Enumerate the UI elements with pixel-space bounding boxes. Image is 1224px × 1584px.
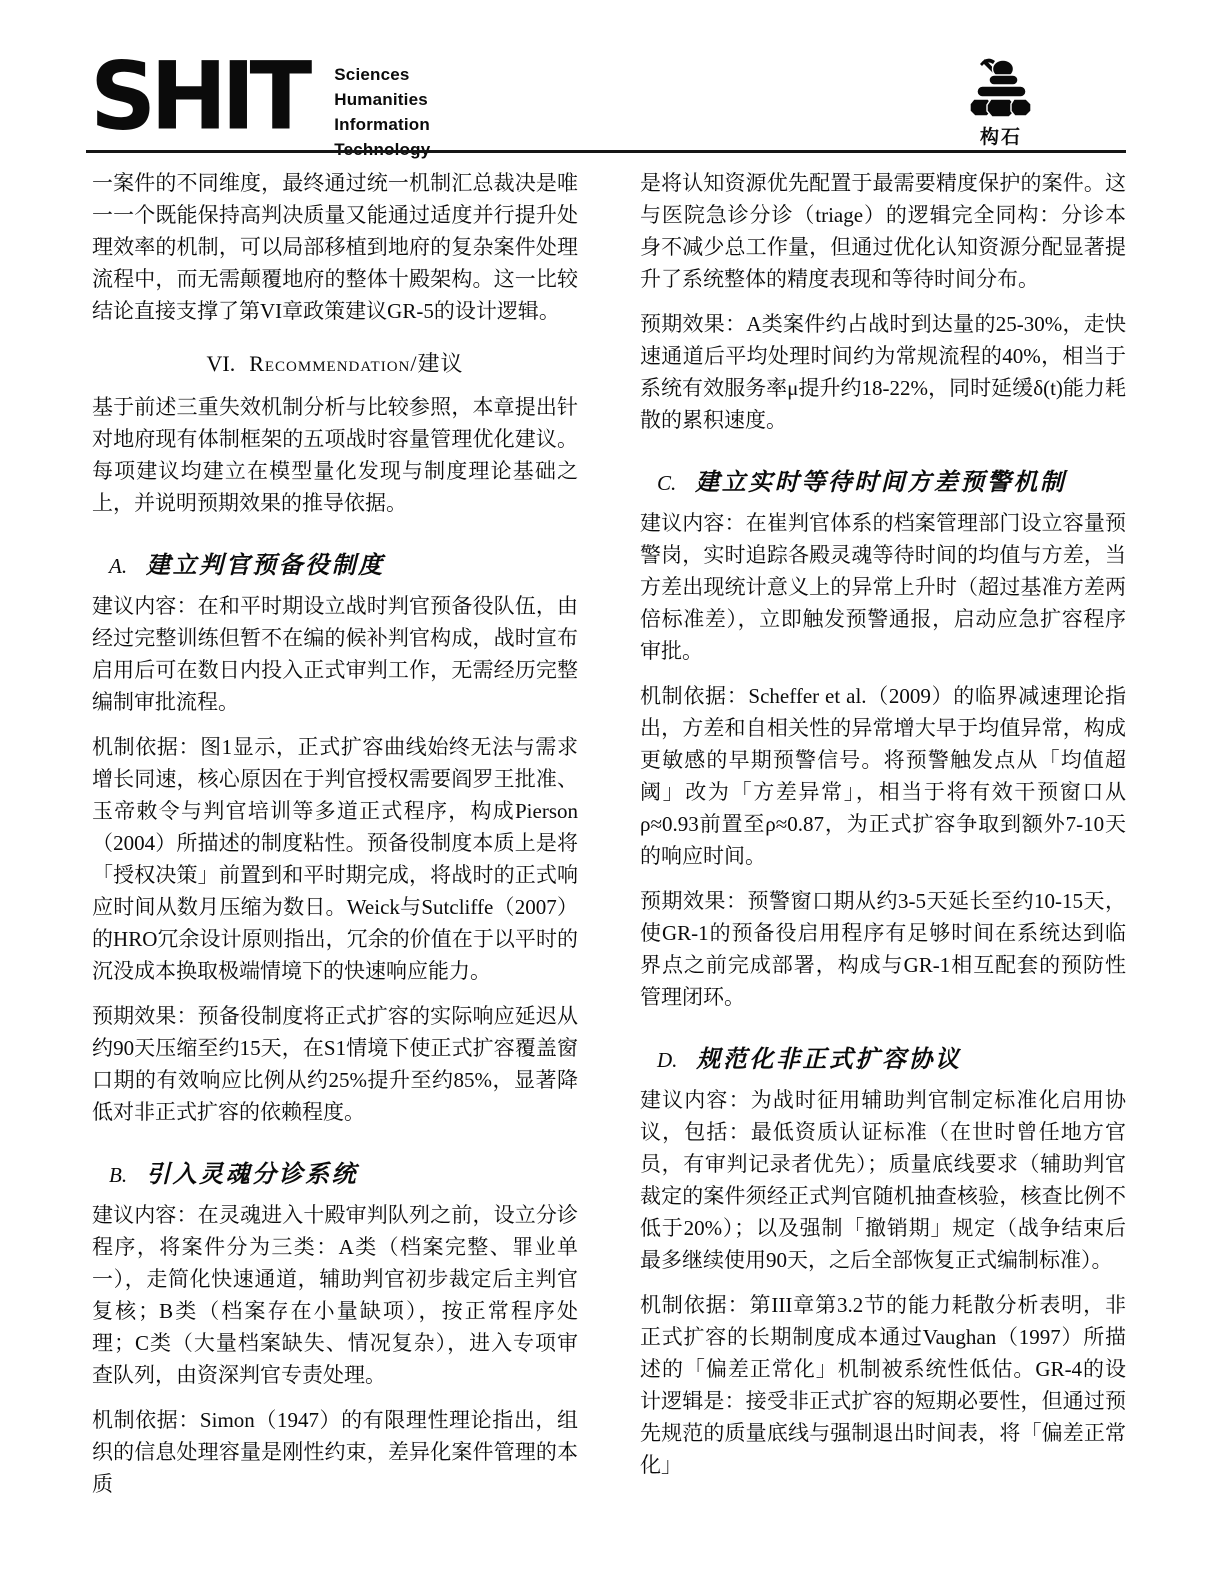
subsection-d-title: 规范化非正式扩容协议	[696, 1046, 961, 1073]
paragraph-b-mechanism-start: 机制依据：Simon（1947）的有限理性理论指出，组织的信息处理容量是刚性约束…	[92, 1404, 578, 1500]
paragraph-d-content: 建议内容：为战时征用辅助判官制定标准化启用协议，包括：最低资质认证标准（在世时曾…	[640, 1084, 1126, 1276]
two-column-content: 一案件的不同维度，最终通过统一机制汇总裁决是唯一一个既能保持高判决质量又能通过适…	[92, 167, 1126, 1513]
right-column: 是将认知资源优先配置于最需要精度保护的案件。这与医院急诊分诊（triage）的逻…	[640, 167, 1126, 1513]
paragraph-c-effect: 预期效果：预警窗口期从约3-5天延长至约10-15天，使GR-1的预备役启用程序…	[640, 885, 1126, 1013]
subsection-a-number: A.	[109, 554, 127, 578]
subsection-heading-c: C.建立实时等待时间方差预警机制	[640, 462, 1126, 497]
paragraph-a-effect: 预期效果：预备役制度将正式扩容的实际响应延迟从约90天压缩至约15天，在S1情境…	[92, 1000, 578, 1128]
subsection-b-title: 引入灵魂分诊系统	[146, 1161, 358, 1188]
paragraph-b-content: 建议内容：在灵魂进入十殿审判队列之前，设立分诊程序，将案件分为三类：A类（档案完…	[92, 1199, 578, 1391]
subsection-b-number: B.	[109, 1163, 127, 1187]
logo-wordmark: SHIT	[90, 58, 316, 136]
left-column: 一案件的不同维度，最终通过统一机制汇总裁决是唯一一个既能保持高判决质量又能通过适…	[92, 167, 578, 1513]
section-title-suffix: /建议	[410, 351, 463, 376]
logo-tagline: Sciences Humanities Information Technolo…	[334, 62, 430, 162]
section-heading-recommendation: VI.Recommendation/建议	[92, 349, 578, 379]
cairn-logo: 构石	[958, 56, 1044, 149]
paragraph-a-content: 建议内容：在和平时期设立战时判官预备役队伍，由经过完整训练但暂不在编的候补判官构…	[92, 590, 578, 718]
tagline-line-information: Information	[334, 112, 430, 137]
page-header: SHIT Sciences Humanities Information Tec…	[90, 58, 1134, 148]
header-divider	[86, 150, 1126, 153]
paragraph-c-mechanism: 机制依据：Scheffer et al.（2009）的临界减速理论指出，方差和自…	[640, 680, 1126, 872]
document-page: SHIT Sciences Humanities Information Tec…	[0, 0, 1224, 1584]
cairn-logo-label: 构石	[958, 122, 1044, 149]
paragraph-b-effect: 预期效果：A类案件约占战时到达量的25-30%，走快速通道后平均处理时间约为常规…	[640, 308, 1126, 436]
section-title: Recommendation	[249, 351, 410, 376]
tagline-line-humanities: Humanities	[334, 87, 430, 112]
subsection-heading-d: D.规范化非正式扩容协议	[640, 1039, 1126, 1074]
section-number: VI.	[206, 351, 235, 376]
subsection-c-title: 建立实时等待时间方差预警机制	[695, 469, 1066, 496]
subsection-c-number: C.	[657, 471, 676, 495]
subsection-d-number: D.	[657, 1048, 677, 1072]
paragraph-d-mechanism-start: 机制依据：第III章第3.2节的能力耗散分析表明，非正式扩容的长期制度成本通过V…	[640, 1289, 1126, 1481]
paragraph-comparison-conclusion: 一案件的不同维度，最终通过统一机制汇总裁决是唯一一个既能保持高判决质量又能通过适…	[92, 167, 578, 327]
tagline-line-sciences: Sciences	[334, 62, 430, 87]
subsection-heading-a: A.建立判官预备役制度	[92, 545, 578, 580]
paragraph-c-content: 建议内容：在崔判官体系的档案管理部门设立容量预警岗，实时追踪各殿灵魂等待时间的均…	[640, 507, 1126, 667]
institution-logo: SHIT Sciences Humanities Information Tec…	[90, 58, 430, 162]
paragraph-b-mechanism-continued: 是将认知资源优先配置于最需要精度保护的案件。这与医院急诊分诊（triage）的逻…	[640, 167, 1126, 295]
subsection-a-title: 建立判官预备役制度	[146, 552, 385, 579]
paragraph-chapter-overview: 基于前述三重失效机制分析与比较参照，本章提出针对地府现有体制框架的五项战时容量管…	[92, 391, 578, 519]
cairn-stones-icon	[958, 56, 1044, 120]
paragraph-a-mechanism: 机制依据：图1显示，正式扩容曲线始终无法与需求增长同速，核心原因在于判官授权需要…	[92, 731, 578, 987]
subsection-heading-b: B.引入灵魂分诊系统	[92, 1154, 578, 1189]
